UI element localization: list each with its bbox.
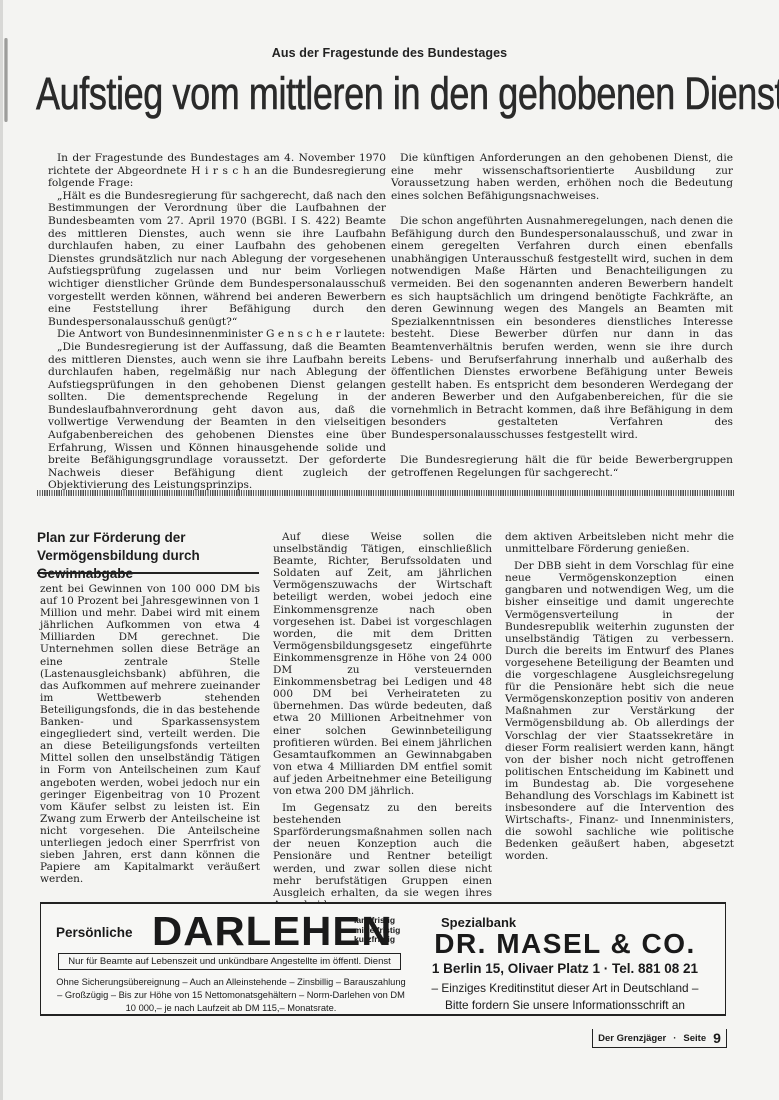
article-kicker: Aus der Fragestunde des Bundestages: [0, 46, 779, 60]
article-second-column-2: Auf diese Weise sollen die unselbständig…: [273, 531, 492, 911]
page-folio: Der Grenzjäger · Seite 9: [592, 1029, 727, 1048]
term-item: kurzfristig: [354, 935, 400, 945]
paragraph: Die künftigen Anforderungen an den gehob…: [391, 152, 733, 202]
section-divider: [37, 490, 734, 496]
page-binding-edge: [0, 0, 3, 1100]
article-second-column-3: dem aktiven Arbeitsleben nicht mehr die …: [505, 531, 734, 863]
headline-rule: [37, 572, 259, 574]
publication-name: Der Grenzjäger: [598, 1033, 666, 1044]
article-headline: Aufstieg vom mittleren in den gehobenen …: [36, 68, 612, 120]
paragraph: zent bei Gewinnen von 100 000 DM bis auf…: [40, 583, 260, 885]
article-second-headline: Plan zur Förderung der Vermögensbildung …: [37, 529, 259, 583]
ad-loans-prefix: Persönliche: [56, 925, 133, 940]
page-label: Seite: [683, 1033, 706, 1044]
article-second-column-1: zent bei Gewinnen von 100 000 DM bis auf…: [40, 583, 260, 885]
ad-personal-loans: Persönliche DARLEHEN langfristig mittelf…: [40, 902, 442, 1016]
article-main-column-2: Die künftigen Anforderungen an den gehob…: [391, 152, 733, 479]
ad-bank-tagline: – Einziges Kreditinstitut dieser Art in …: [420, 981, 710, 995]
article-main-column-1: In der Fragestunde des Bundestages am 4.…: [48, 152, 386, 492]
paragraph: Im Gegensatz zu den bereits bestehenden …: [273, 802, 492, 911]
paragraph: Die schon angeführten Ausnahmeregelungen…: [391, 215, 733, 442]
ad-bank: Spezialbank DR. MASEL & CO. 1 Berlin 15,…: [420, 902, 726, 1016]
ad-bank-name: DR. MASEL & CO.: [420, 928, 710, 960]
ad-loans-terms: langfristig mittelfristig kurzfristig: [354, 916, 400, 945]
folio-separator: ·: [673, 1033, 676, 1044]
paragraph: In der Fragestunde des Bundestages am 4.…: [48, 152, 386, 190]
paragraph: Auf diese Weise sollen die unselbständig…: [273, 531, 492, 797]
ad-bank-cta: Bitte fordern Sie unsere Informationssch…: [420, 998, 710, 1012]
ad-loans-eligibility: Nur für Beamte auf Lebenszeit und unkünd…: [58, 953, 401, 970]
paragraph: Die Antwort von Bundesinnenminister G e …: [48, 328, 386, 341]
page-number: 9: [713, 1030, 721, 1046]
ad-loans-details: Ohne Sicherungsübereignung – Auch an All…: [56, 976, 406, 1015]
paragraph: Die Bundesregierung hält die für beide B…: [391, 454, 733, 479]
paragraph: „Hält es die Bundesregierung für sachger…: [48, 190, 386, 329]
ad-bank-address: 1 Berlin 15, Olivaer Platz 1 · Tel. 881 …: [420, 961, 710, 976]
paragraph: „Die Bundesregierung ist der Auffassung,…: [48, 341, 386, 492]
paragraph: Der DBB sieht in dem Vorschlag für eine …: [505, 560, 734, 862]
ad-loans-header: Persönliche DARLEHEN langfristig mittelf…: [56, 913, 396, 947]
paragraph: dem aktiven Arbeitsleben nicht mehr die …: [505, 531, 734, 555]
